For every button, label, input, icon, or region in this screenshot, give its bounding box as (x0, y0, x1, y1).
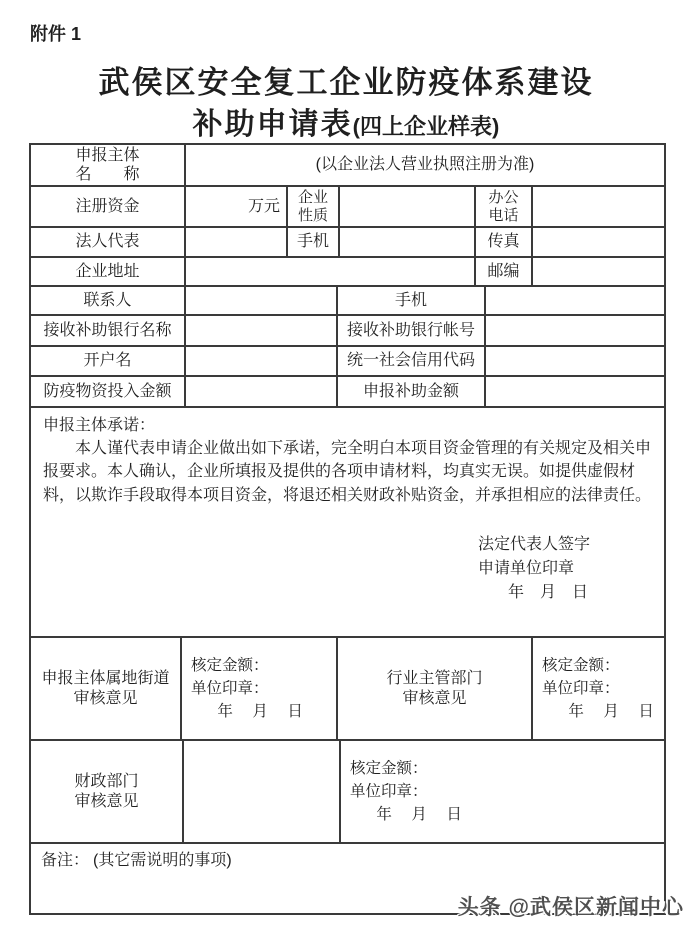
finance-date-label: 年 月 日 (350, 803, 464, 826)
signature-line1: 法定代表人签字 (478, 533, 590, 557)
office-phone-label: 办公 电话 (474, 187, 531, 226)
legal-rep-field (184, 228, 286, 256)
fax-label: 传真 (474, 228, 531, 256)
signature-block: 法定代表人签字 申请单位印章 年 月 日 (478, 533, 590, 605)
industry-review-label-line2: 审核意见 (402, 689, 466, 708)
finance-review-label: 财政部门 审核意见 (31, 741, 182, 842)
industry-date-label: 年 月 日 (542, 700, 656, 723)
street-review-label-line2: 审核意见 (73, 689, 137, 708)
enterprise-nature-label-line1: 企业 (298, 189, 328, 206)
enterprise-nature-label: 企业 性质 (286, 187, 338, 226)
street-approved-amount-label: 核定金额： (191, 654, 269, 677)
industry-review-label-line1: 行业主管部门 (386, 669, 482, 688)
bank-name-field (184, 316, 336, 345)
credit-code-label: 统一社会信用代码 (336, 347, 484, 375)
finance-review-label-line1: 财政部门 (74, 772, 138, 791)
commitment-heading: 申报主体承诺： (43, 414, 652, 437)
street-review-label-line1: 申报主体属地街道 (41, 669, 169, 688)
finance-seal-label: 单位印章： (350, 780, 428, 803)
document-title-line2: 补助申请表(四上企业样表) (0, 99, 692, 143)
commitment-body: 本人谨代表申请企业做出如下承诺，完全明白本项目资金管理的有关规定及相关申报要求。… (43, 437, 652, 507)
enterprise-nature-field (338, 187, 474, 226)
row-amounts: 防疫物资投入金额 申报补助金额 (31, 375, 664, 406)
zip-label: 邮编 (474, 258, 531, 285)
watermark-text: 头条 @武侯区新闻中心 (458, 891, 684, 921)
industry-approved-amount-label: 核定金额： (542, 654, 620, 677)
document-page: 附件 1 武侯区安全复工企业防疫体系建设 补助申请表(四上企业样表) 申报主体 … (0, 0, 692, 926)
remarks-hint: (其它需说明的事项) (93, 852, 232, 869)
industry-seal-label: 单位印章： (542, 677, 620, 700)
document-title-sub: (四上企业样表) (353, 114, 500, 139)
legal-rep-label: 法人代表 (31, 228, 184, 256)
mobile-label-row3: 手机 (286, 228, 338, 256)
subsidy-amount-label: 申报补助金额 (336, 377, 484, 406)
office-phone-field (531, 187, 664, 226)
enterprise-nature-label-line2: 性质 (298, 207, 328, 224)
finance-approved-amount-label: 核定金额： (350, 757, 428, 780)
registered-capital-field: 万元 (184, 187, 286, 226)
applicant-name-label-line2: 名 称 (75, 165, 139, 184)
row-review-finance: 财政部门 审核意见 核定金额： 单位印章： 年 月 日 (31, 739, 664, 842)
contact-label: 联系人 (31, 287, 184, 314)
remarks-label: 备注： (41, 852, 89, 869)
account-name-field (184, 347, 336, 375)
supplies-amount-field (184, 377, 336, 406)
street-date-label: 年 月 日 (191, 700, 305, 723)
applicant-name-label: 申报主体 名 称 (31, 145, 184, 185)
commitment-cell: 申报主体承诺： 本人谨代表申请企业做出如下承诺，完全明白本项目资金管理的有关规定… (31, 408, 664, 636)
street-review-field: 核定金额： 单位印章： 年 月 日 (180, 638, 336, 739)
office-phone-label-line1: 办公 (488, 189, 518, 206)
remarks-content: 备注：(其它需说明的事项) (41, 851, 232, 870)
bank-account-label: 接收补助银行帐号 (336, 316, 484, 345)
row-applicant-name: 申报主体 名 称 (以企业法人营业执照注册为准) (31, 145, 664, 185)
street-review-label: 申报主体属地街道 审核意见 (31, 638, 180, 739)
fax-field (531, 228, 664, 256)
row-address: 企业地址 邮编 (31, 256, 664, 285)
finance-review-label-line2: 审核意见 (74, 792, 138, 811)
document-title-line1: 武侯区安全复工企业防疫体系建设 (0, 57, 692, 102)
row-bank: 接收补助银行名称 接收补助银行帐号 (31, 314, 664, 345)
row-review-street-industry: 申报主体属地街道 审核意见 核定金额： 单位印章： 年 月 日 行业主管部门 审… (31, 636, 664, 739)
office-phone-label-line2: 电话 (488, 207, 518, 224)
address-field (184, 258, 474, 285)
finance-review-field: 核定金额： 单位印章： 年 月 日 (339, 741, 664, 842)
contact-field (184, 287, 336, 314)
bank-account-field (484, 316, 664, 345)
signature-date: 年 月 日 (478, 581, 590, 605)
row-registered-capital: 注册资金 万元 企业 性质 办公 电话 (31, 185, 664, 226)
unit-wanyuan-label: 万元 (248, 197, 280, 216)
industry-review-label: 行业主管部门 审核意见 (336, 638, 531, 739)
mobile-field-row5 (484, 287, 664, 314)
mobile-label-row5: 手机 (336, 287, 484, 314)
attachment-label: 附件 1 (30, 20, 81, 46)
street-seal-label: 单位印章： (191, 677, 269, 700)
signature-line2: 申请单位印章 (478, 557, 590, 581)
finance-review-blank-field (182, 741, 339, 842)
applicant-name-field: (以企业法人营业执照注册为准) (184, 145, 664, 185)
row-legal-rep: 法人代表 手机 传真 (31, 226, 664, 256)
subsidy-amount-field (484, 377, 664, 406)
applicant-name-hint: (以企业法人营业执照注册为准) (316, 155, 535, 174)
row-account-name: 开户名 统一社会信用代码 (31, 345, 664, 375)
row-commitment: 申报主体承诺： 本人谨代表申请企业做出如下承诺，完全明白本项目资金管理的有关规定… (31, 406, 664, 636)
bank-name-label: 接收补助银行名称 (31, 316, 184, 345)
account-name-label: 开户名 (31, 347, 184, 375)
industry-review-field: 核定金额： 单位印章： 年 月 日 (531, 638, 664, 739)
credit-code-field (484, 347, 664, 375)
applicant-name-label-line1: 申报主体 (75, 146, 139, 165)
document-title-main: 补助申请表 (193, 108, 353, 141)
address-label: 企业地址 (31, 258, 184, 285)
registered-capital-label: 注册资金 (31, 187, 184, 226)
zip-field (531, 258, 664, 285)
application-form-table: 申报主体 名 称 (以企业法人营业执照注册为准) 注册资金 万元 企业 性质 办… (29, 143, 666, 915)
mobile-field-row3 (338, 228, 474, 256)
row-contact: 联系人 手机 (31, 285, 664, 314)
supplies-amount-label: 防疫物资投入金额 (31, 377, 184, 406)
